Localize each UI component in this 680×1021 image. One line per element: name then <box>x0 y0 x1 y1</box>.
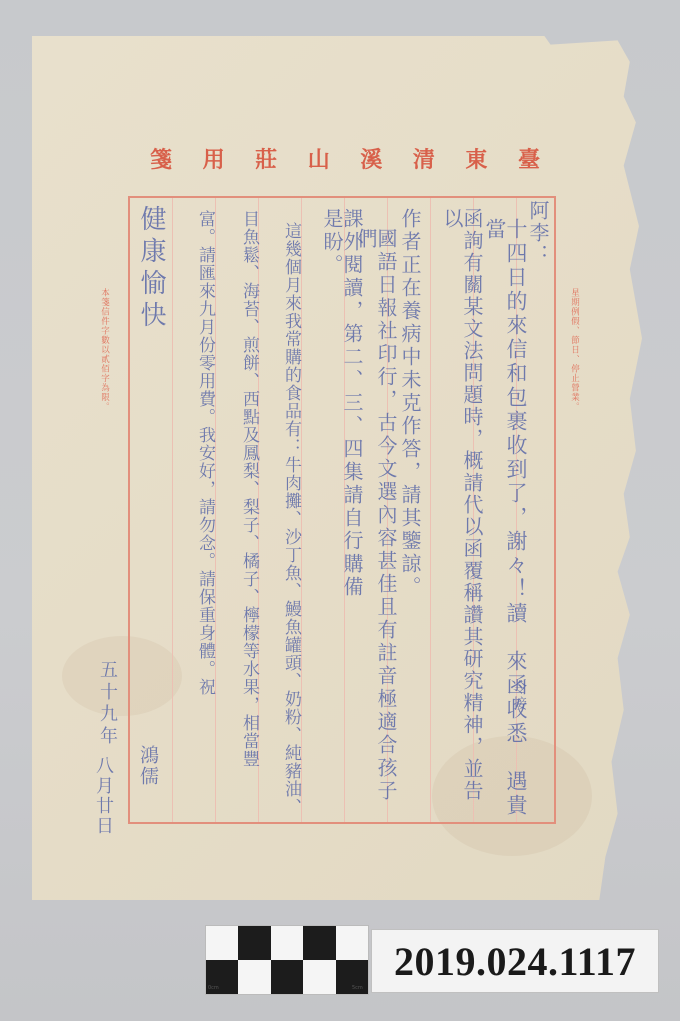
scale-tick-left: 0cm <box>208 985 219 991</box>
letterhead-char: 箋 <box>150 143 172 174</box>
column-rule <box>430 198 431 822</box>
letterhead-char: 莊 <box>255 143 277 174</box>
accession-number-label: 2019.024.1117 <box>371 929 659 993</box>
letterhead-char: 溪 <box>360 143 382 174</box>
letter-column-2: 函詢有關某文法問題時，概請代以函覆稱讚其研究精神，並告以 <box>442 208 482 818</box>
letter-column-8: 富。請匯來九月份零用費。我安好，請勿念。請保重身體。祝 <box>196 210 213 835</box>
side-note-left: 本箋信件字數以貳佰字為限。 <box>100 288 109 412</box>
letterhead-title: 臺 東 清 溪 山 莊 用 箋 <box>150 138 540 178</box>
letterhead-char: 用 <box>203 143 225 174</box>
closing: 健康愉快 <box>138 205 164 333</box>
letter-column-7: 目魚鬆、海苔、煎餅、西點及鳳梨、梨子、橘子、檸檬等水果，相當豐 <box>240 210 257 830</box>
column-rule <box>301 198 302 822</box>
color-scale-bar <box>205 925 369 995</box>
date-day: 八月廿日 <box>94 756 112 836</box>
letterhead-char: 清 <box>413 143 435 174</box>
letterhead-char: 臺 <box>518 143 540 174</box>
letter-column-5: 課外閱讀，第二、三、四集請自行購備是盼。 <box>322 208 362 608</box>
date-year: 五十九年 <box>98 660 116 748</box>
scale-tick-right: 5cm <box>352 985 363 991</box>
letter-column-6: 這幾個月來我常購的食品有：牛肉攤、沙丁魚、鰻魚罐頭、奶粉、純豬油、 <box>282 222 299 822</box>
letterhead-char: 山 <box>308 143 330 174</box>
column-rule <box>172 198 173 822</box>
signature: 鴻儒 <box>138 745 157 787</box>
salutation: 阿李： <box>528 200 548 266</box>
letter-column-3: 作者正在養病中未克作答，請其鑒諒。 <box>400 208 420 608</box>
column-rule <box>215 198 216 822</box>
letter-column-1: 十四日的來信和包裹收到了，謝々！讀 來函收悉 遇貴當 <box>484 218 526 818</box>
side-note-right: 星期例假、節日、停止營業。 <box>570 288 579 412</box>
insertion-mark: 令接 <box>512 680 526 712</box>
letterhead-char: 東 <box>465 143 487 174</box>
